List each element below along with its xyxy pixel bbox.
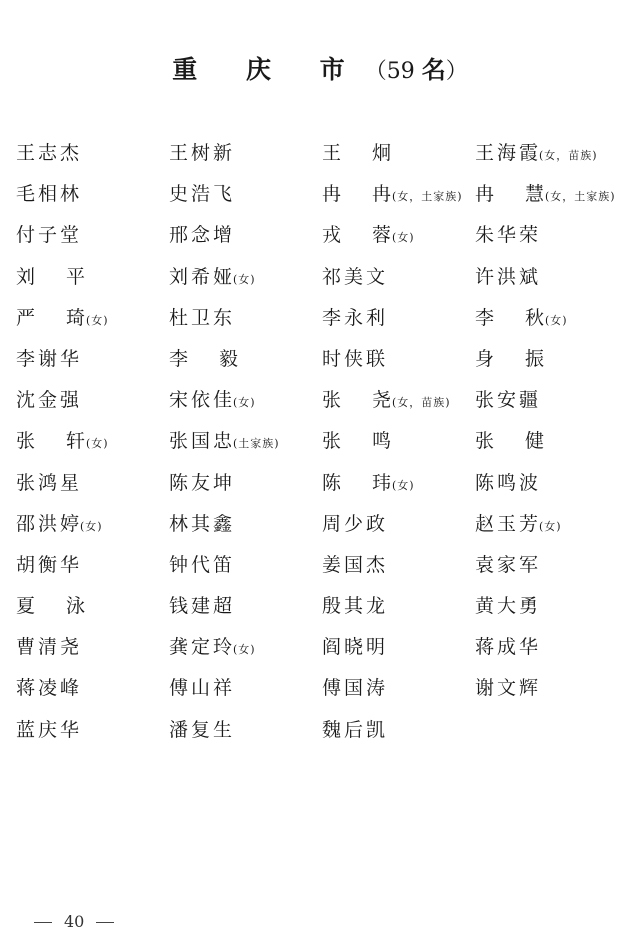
name-row: 付子堂邢念增戎蓉(女)朱华荣 xyxy=(16,212,640,253)
name-row: 沈金强宋依佳(女)张尧(女，苗族)张安疆 xyxy=(16,377,640,418)
name-text: 严琦 xyxy=(16,307,88,329)
name-text: 李永利 xyxy=(322,307,388,329)
name-text: 刘平 xyxy=(16,266,88,288)
name-text: 邢念增 xyxy=(169,224,235,246)
person-name: 张尧(女，苗族) xyxy=(322,385,451,412)
person-name: 身振 xyxy=(475,344,547,371)
name-text: 林其鑫 xyxy=(169,513,235,535)
name-text: 姜国杰 xyxy=(322,554,388,576)
name-row: 夏泳钱建超殷其龙黄大勇 xyxy=(16,583,640,624)
person-name: 王志杰 xyxy=(16,138,82,165)
name-text: 沈金强 xyxy=(16,389,82,411)
name-text: 王志杰 xyxy=(16,142,82,164)
region-name: 重 庆 市 xyxy=(172,55,364,84)
page-footer: 40 xyxy=(22,912,126,931)
person-name: 邵洪婷(女) xyxy=(16,509,103,536)
person-name: 王海霞(女，苗族) xyxy=(475,138,598,165)
name-text: 陈玮 xyxy=(322,472,394,494)
person-name: 宋依佳(女) xyxy=(169,385,256,412)
name-text: 潘复生 xyxy=(169,719,235,741)
name-text: 魏后凯 xyxy=(322,719,388,741)
person-name: 蓝庆华 xyxy=(16,715,82,742)
person-name: 李毅 xyxy=(169,344,241,371)
name-row: 刘平刘希娅(女)祁美文许洪斌 xyxy=(16,254,640,295)
person-name: 赵玉芳(女) xyxy=(475,509,562,536)
name-text: 王炯 xyxy=(322,142,394,164)
person-name: 钟代笛 xyxy=(169,550,235,577)
name-row: 曹清尧龚定玲(女)阎晓明蒋成华 xyxy=(16,624,640,665)
name-text: 李秋 xyxy=(475,307,547,329)
person-name: 付子堂 xyxy=(16,220,82,247)
person-name: 戎蓉(女) xyxy=(322,220,415,247)
person-name: 陈友坤 xyxy=(169,468,235,495)
name-row: 胡衡华钟代笛姜国杰袁家军 xyxy=(16,542,640,583)
name-row: 蓝庆华潘复生魏后凯 xyxy=(16,707,640,748)
page-title: 重 庆 市（59 名） xyxy=(0,50,640,86)
name-text: 祁美文 xyxy=(322,266,388,288)
name-text: 刘希娅 xyxy=(169,266,235,288)
name-text: 张健 xyxy=(475,430,547,452)
name-text: 钱建超 xyxy=(169,595,235,617)
name-annotation: (女) xyxy=(233,396,256,409)
name-annotation: (土家族) xyxy=(233,437,280,450)
name-annotation: (女) xyxy=(233,273,256,286)
name-text: 钟代笛 xyxy=(169,554,235,576)
person-name: 刘平 xyxy=(16,262,88,289)
person-name: 刘希娅(女) xyxy=(169,262,256,289)
name-annotation: (女) xyxy=(86,314,109,327)
name-text: 时侠联 xyxy=(322,348,388,370)
name-annotation: (女) xyxy=(80,520,103,533)
name-text: 赵玉芳 xyxy=(475,513,541,535)
name-text: 蓝庆华 xyxy=(16,719,82,741)
name-text: 曹清尧 xyxy=(16,636,82,658)
person-name: 冉冉(女，土家族) xyxy=(322,179,463,206)
name-annotation: (女) xyxy=(392,231,415,244)
name-list: 王志杰王树新王炯王海霞(女，苗族)毛相林史浩飞冉冉(女，土家族)冉慧(女，土家族… xyxy=(16,130,640,748)
name-annotation: (女，苗族) xyxy=(539,149,598,162)
name-text: 张尧 xyxy=(322,389,394,411)
name-text: 身振 xyxy=(475,348,547,370)
person-name: 杜卫东 xyxy=(169,303,235,330)
person-name: 胡衡华 xyxy=(16,550,82,577)
name-text: 许洪斌 xyxy=(475,266,541,288)
name-text: 杜卫东 xyxy=(169,307,235,329)
name-text: 戎蓉 xyxy=(322,224,394,246)
person-name: 黄大勇 xyxy=(475,591,541,618)
name-annotation: (女，土家族) xyxy=(392,190,463,203)
name-text: 黄大勇 xyxy=(475,595,541,617)
name-text: 李谢华 xyxy=(16,348,82,370)
name-text: 夏泳 xyxy=(16,595,88,617)
person-name: 袁家军 xyxy=(475,550,541,577)
person-name: 朱华荣 xyxy=(475,220,541,247)
name-row: 张轩(女)张国忠(土家族)张鸣张健 xyxy=(16,418,640,459)
name-text: 王海霞 xyxy=(475,142,541,164)
person-name: 李谢华 xyxy=(16,344,82,371)
person-name: 祁美文 xyxy=(322,262,388,289)
person-name: 陈玮(女) xyxy=(322,468,415,495)
name-text: 冉冉 xyxy=(322,183,394,205)
person-name: 魏后凯 xyxy=(322,715,388,742)
name-text: 邵洪婷 xyxy=(16,513,82,535)
person-name: 冉慧(女，土家族) xyxy=(475,179,616,206)
name-row: 王志杰王树新王炯王海霞(女，苗族) xyxy=(16,130,640,171)
person-name: 张健 xyxy=(475,426,547,453)
person-name: 龚定玲(女) xyxy=(169,632,256,659)
name-annotation: (女) xyxy=(392,479,415,492)
name-row: 蒋凌峰傅山祥傅国涛谢文辉 xyxy=(16,665,640,706)
name-text: 张轩 xyxy=(16,430,88,452)
name-text: 李毅 xyxy=(169,348,241,370)
person-name: 殷其龙 xyxy=(322,591,388,618)
dash-right xyxy=(96,922,114,923)
name-row: 严琦(女)杜卫东李永利李秋(女) xyxy=(16,295,640,336)
person-name: 李永利 xyxy=(322,303,388,330)
name-text: 朱华荣 xyxy=(475,224,541,246)
person-name: 张轩(女) xyxy=(16,426,109,453)
person-name: 张国忠(土家族) xyxy=(169,426,280,453)
name-annotation: (女) xyxy=(233,643,256,656)
name-text: 周少政 xyxy=(322,513,388,535)
person-name: 周少政 xyxy=(322,509,388,536)
person-name: 许洪斌 xyxy=(475,262,541,289)
person-name: 阎晓明 xyxy=(322,632,388,659)
name-text: 阎晓明 xyxy=(322,636,388,658)
person-name: 林其鑫 xyxy=(169,509,235,536)
name-text: 张鸣 xyxy=(322,430,394,452)
name-text: 史浩飞 xyxy=(169,183,235,205)
person-name: 蒋凌峰 xyxy=(16,673,82,700)
member-count: （59 名） xyxy=(365,59,468,84)
name-text: 谢文辉 xyxy=(475,677,541,699)
person-name: 邢念增 xyxy=(169,220,235,247)
person-name: 时侠联 xyxy=(322,344,388,371)
name-text: 胡衡华 xyxy=(16,554,82,576)
name-text: 张鸿星 xyxy=(16,472,82,494)
person-name: 姜国杰 xyxy=(322,550,388,577)
person-name: 王树新 xyxy=(169,138,235,165)
name-text: 王树新 xyxy=(169,142,235,164)
person-name: 史浩飞 xyxy=(169,179,235,206)
person-name: 李秋(女) xyxy=(475,303,568,330)
name-row: 李谢华李毅时侠联身振 xyxy=(16,336,640,377)
name-text: 付子堂 xyxy=(16,224,82,246)
name-text: 蒋成华 xyxy=(475,636,541,658)
dash-left xyxy=(34,922,52,923)
name-annotation: (女，土家族) xyxy=(545,190,616,203)
name-text: 陈鸣波 xyxy=(475,472,541,494)
person-name: 张鸣 xyxy=(322,426,394,453)
person-name: 谢文辉 xyxy=(475,673,541,700)
person-name: 张安疆 xyxy=(475,385,541,412)
name-text: 傅山祥 xyxy=(169,677,235,699)
name-annotation: (女) xyxy=(539,520,562,533)
name-annotation: (女) xyxy=(545,314,568,327)
name-text: 张安疆 xyxy=(475,389,541,411)
person-name: 严琦(女) xyxy=(16,303,109,330)
name-text: 冉慧 xyxy=(475,183,547,205)
name-row: 邵洪婷(女)林其鑫周少政赵玉芳(女) xyxy=(16,501,640,542)
name-text: 殷其龙 xyxy=(322,595,388,617)
person-name: 曹清尧 xyxy=(16,632,82,659)
name-row: 毛相林史浩飞冉冉(女，土家族)冉慧(女，土家族) xyxy=(16,171,640,212)
name-text: 张国忠 xyxy=(169,430,235,452)
person-name: 傅山祥 xyxy=(169,673,235,700)
person-name: 沈金强 xyxy=(16,385,82,412)
name-annotation: (女) xyxy=(86,437,109,450)
person-name: 王炯 xyxy=(322,138,394,165)
person-name: 夏泳 xyxy=(16,591,88,618)
person-name: 毛相林 xyxy=(16,179,82,206)
name-text: 龚定玲 xyxy=(169,636,235,658)
name-annotation: (女，苗族) xyxy=(392,396,451,409)
person-name: 蒋成华 xyxy=(475,632,541,659)
person-name: 潘复生 xyxy=(169,715,235,742)
person-name: 钱建超 xyxy=(169,591,235,618)
name-text: 陈友坤 xyxy=(169,472,235,494)
page-number: 40 xyxy=(64,912,84,931)
name-row: 张鸿星陈友坤陈玮(女)陈鸣波 xyxy=(16,460,640,501)
name-text: 傅国涛 xyxy=(322,677,388,699)
name-text: 袁家军 xyxy=(475,554,541,576)
person-name: 陈鸣波 xyxy=(475,468,541,495)
person-name: 傅国涛 xyxy=(322,673,388,700)
person-name: 张鸿星 xyxy=(16,468,82,495)
name-text: 宋依佳 xyxy=(169,389,235,411)
name-text: 蒋凌峰 xyxy=(16,677,82,699)
name-text: 毛相林 xyxy=(16,183,82,205)
